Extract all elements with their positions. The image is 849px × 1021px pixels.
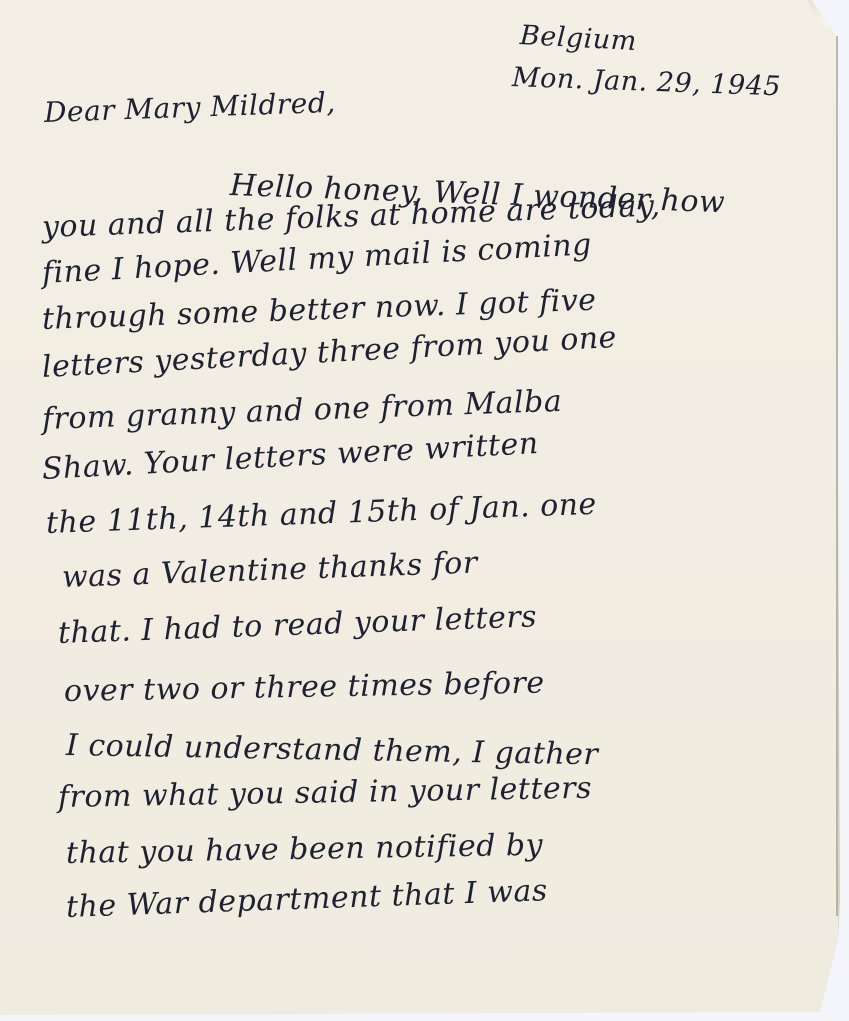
page-edge [836, 36, 838, 916]
letter-line: I could understand them, I gather [66, 728, 599, 772]
letter-line: that. I had to read your letters [57, 599, 537, 651]
letter-line: the War department that I was [65, 873, 548, 925]
letter-line: from what you said in your letters [58, 771, 593, 815]
letter-line: over two or three times before [64, 666, 545, 709]
letter-line: Shaw. Your letters were written [41, 426, 539, 487]
letter-page: Belgium Mon. Jan. 29, 1945 Dear Mary Mil… [0, 0, 840, 1021]
letter-place: Belgium [519, 20, 637, 57]
letter-line: was a Valentine thanks for [61, 545, 478, 594]
letter-line: that you have been notified by [66, 828, 544, 871]
letter-date: Mon. Jan. 29, 1945 [511, 62, 781, 102]
letter-line: the 11th, 14th and 15th of Jan. one [45, 487, 597, 541]
letter-salutation: Dear Mary Mildred, [43, 86, 336, 129]
